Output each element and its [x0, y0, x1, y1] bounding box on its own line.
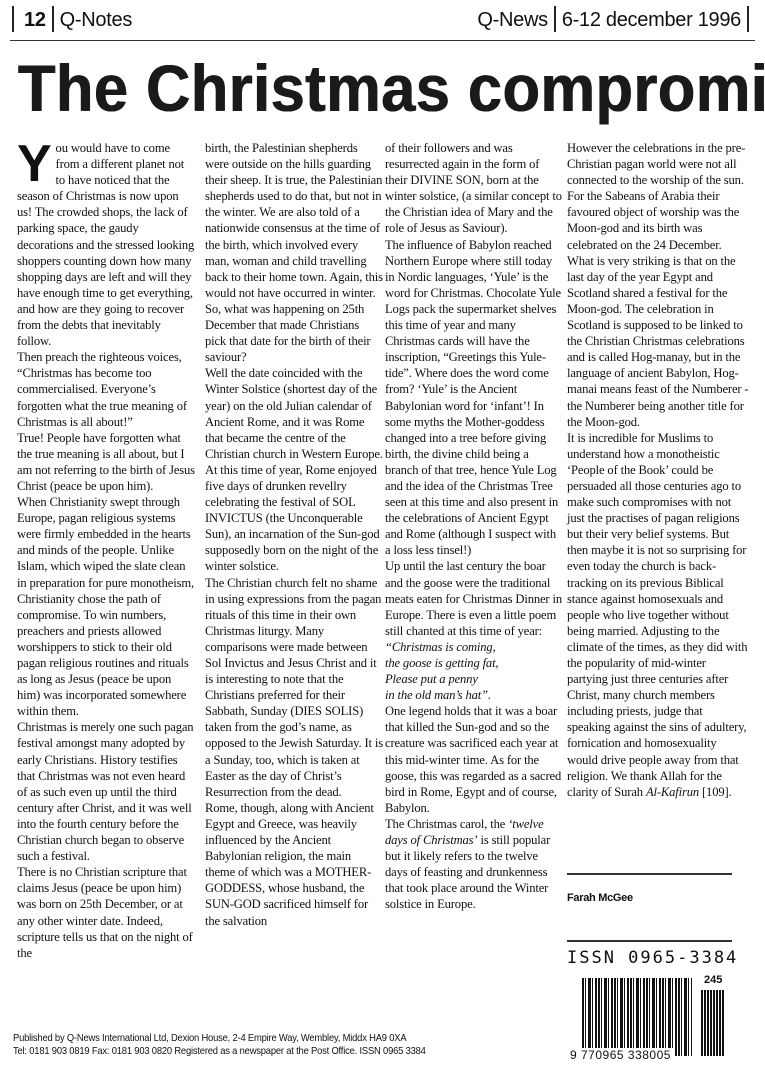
poem-line: the goose is getting fat,: [385, 656, 498, 670]
paragraph: It is incredible for Muslims to understa…: [567, 430, 749, 800]
poem-line: Please put a penny: [385, 672, 478, 686]
paragraph: True! People have forgotten what the tru…: [17, 430, 195, 494]
publication-name: Q-News: [477, 9, 547, 31]
paragraph: Rome, though, along with Ancient Egypt a…: [205, 800, 383, 929]
byline-rule: [567, 873, 732, 875]
paragraph: When Christianity swept through Europe, …: [17, 494, 195, 719]
paragraph: The Christian church felt no shame in us…: [205, 575, 383, 800]
poem: “Christmas is coming, the goose is getti…: [385, 639, 563, 703]
paragraph: Well the date coincided with the Winter …: [205, 365, 383, 574]
paragraph: There is no Christian scripture that cla…: [17, 864, 195, 961]
barcode-icon: [582, 978, 692, 1056]
column-3: of their followers and was resurrected a…: [385, 140, 563, 913]
paragraph: Then preach the righteous voices, “Chris…: [17, 349, 195, 429]
paragraph: Up until the last century the boar and t…: [385, 558, 563, 638]
headline: The Christmas compromise: [18, 50, 697, 126]
divider: [554, 6, 556, 32]
column-4: However the celebrations in the pre-Chri…: [567, 140, 749, 800]
paragraph: So, what was happening on 25th December …: [205, 301, 383, 365]
issn-label: ISSN 0965-3384: [567, 948, 738, 968]
article-body: You would have to come from a different …: [17, 140, 757, 1015]
footer-line: Published by Q-News International Ltd, D…: [13, 1032, 528, 1045]
column-2: birth, the Palestinian shepherds were ou…: [205, 140, 383, 929]
barcode-addon-icon: [701, 990, 725, 1056]
paragraph: The Christmas carol, the ‘twelve days of…: [385, 816, 563, 913]
paragraph: You would have to come from a different …: [17, 140, 195, 349]
publisher-footer: Published by Q-News International Ltd, D…: [13, 1032, 528, 1058]
poem-line: “Christmas is coming,: [385, 640, 496, 654]
page-number: 12: [24, 9, 46, 31]
surah-name: Al-Kafirun: [646, 785, 699, 799]
divider: [52, 6, 54, 32]
paragraph: Christmas is merely one such pagan festi…: [17, 719, 195, 864]
issue-addon-number: 245: [704, 974, 722, 986]
divider: [12, 6, 14, 32]
masthead-left: 12Q-Notes: [10, 6, 132, 32]
masthead: 12Q-Notes Q-News6-12 december 1996: [10, 2, 755, 41]
byline: Farah McGee: [567, 892, 633, 904]
drop-cap: Y: [17, 142, 52, 186]
footer-line: Tel: 0181 903 0819 Fax: 0181 903 0820 Re…: [13, 1045, 528, 1058]
barcode-rule: [567, 940, 732, 942]
masthead-right: Q-News6-12 december 1996: [477, 6, 755, 32]
divider: [747, 6, 749, 32]
issue-date: 6-12 december 1996: [562, 9, 741, 31]
paragraph: of their followers and was resurrected a…: [385, 140, 563, 237]
column-1: You would have to come from a different …: [17, 140, 195, 961]
paragraph: birth, the Palestinian shepherds were ou…: [205, 140, 383, 301]
poem-line: in the old man’s hat”.: [385, 688, 491, 702]
barcode-number: 9 770965 338005: [568, 1048, 673, 1062]
paragraph: However the celebrations in the pre-Chri…: [567, 140, 749, 430]
paragraph: One legend holds that it was a boar that…: [385, 703, 563, 816]
paragraph: The influence of Babylon reached Norther…: [385, 237, 563, 559]
section-name: Q-Notes: [60, 9, 132, 31]
